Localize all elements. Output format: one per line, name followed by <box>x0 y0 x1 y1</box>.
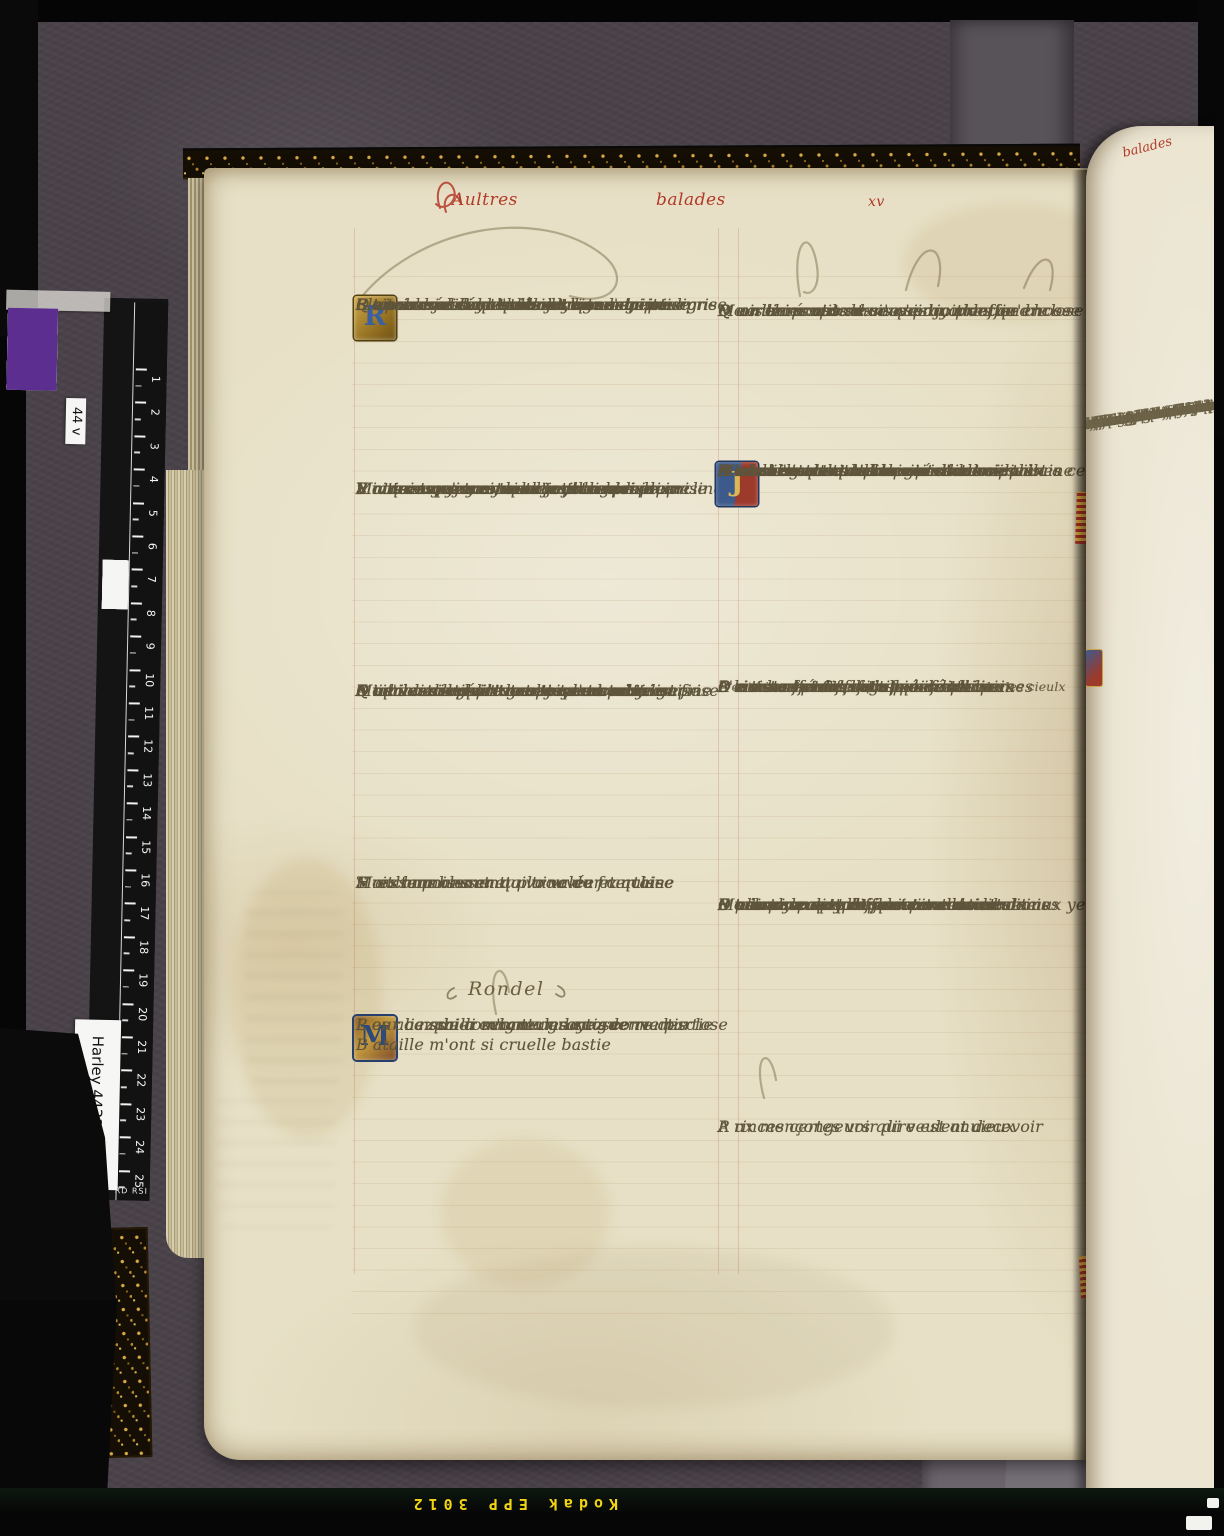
color-patch <box>6 308 58 391</box>
ruler-tick <box>132 535 143 537</box>
ruler-half-tick <box>122 1020 128 1022</box>
ruler-number: 5 <box>146 503 159 523</box>
next-folio-line: elon etc <box>1086 409 1136 438</box>
manuscript-line: Mon chier etc <box>718 300 947 322</box>
film-brand-text: Kodak EPP 3012 <box>318 1492 618 1516</box>
ruler-half-tick <box>132 552 138 554</box>
manuscript-line: On est souvent batu pour dire voir <box>718 676 1006 698</box>
ruler-mark: 24 <box>117 1136 151 1170</box>
manuscript-line: Aux mençongeurs qui veulent decevoir <box>718 1116 1043 1138</box>
ruler-tick <box>119 1170 130 1172</box>
ruler-mark: 15 <box>123 836 157 870</box>
ruler-number: 14 <box>140 803 153 823</box>
ruler-half-tick <box>127 786 133 788</box>
ruler-mark: 17 <box>122 903 156 937</box>
ruler-mark: 1 <box>133 368 167 402</box>
ruler-tick <box>121 1070 132 1072</box>
ruler-tick <box>129 702 140 704</box>
ruler-half-tick <box>126 853 132 855</box>
ruler-half-tick <box>125 886 131 888</box>
ruler-number: 15 <box>139 837 152 857</box>
ruler-number: 12 <box>141 736 154 756</box>
ruler-tick <box>124 936 135 938</box>
ruler-half-tick <box>133 519 139 521</box>
ruler-half-tick <box>135 418 141 420</box>
manuscript-page-44v: Aultres balades xv R edoubtée excellant … <box>204 168 1106 1460</box>
ruler-mark: 16 <box>123 869 157 903</box>
ruler-half-tick <box>124 919 130 921</box>
ruler-number: 8 <box>144 603 157 623</box>
ruler-mark: 14 <box>124 802 158 836</box>
ruler-number: 6 <box>145 536 158 556</box>
ruler-mark: 10 <box>127 669 161 703</box>
next-folio-initial <box>1086 650 1102 686</box>
ruler-number: 22 <box>134 1070 147 1090</box>
manuscript-line: On est souvet <box>718 894 835 916</box>
ruler-mark: 6 <box>130 535 164 569</box>
ruler-mark: 13 <box>125 769 159 803</box>
ruler-tick <box>126 836 137 838</box>
ruler-tick <box>135 402 146 404</box>
ruler-half-tick <box>128 719 134 721</box>
ruler-half-tick <box>121 1086 127 1088</box>
ruler-number: 10 <box>143 670 156 690</box>
ruler-tick <box>134 469 145 471</box>
ruler-tick <box>131 602 142 604</box>
color-patch-row <box>6 308 108 392</box>
ruler-tick <box>128 736 139 738</box>
ruler-mark: 11 <box>126 702 160 736</box>
ruler-tick <box>120 1103 131 1105</box>
ruler-half-tick <box>129 686 135 688</box>
ruler-mark: 9 <box>128 635 162 669</box>
film-strip-bottom: Kodak EPP 3012 <box>0 1488 1224 1536</box>
ruler-mark: 12 <box>125 736 159 770</box>
ruler-number: 3 <box>148 436 161 456</box>
ruler-half-tick <box>126 819 132 821</box>
next-folio-45r: balades va par tout voir on mentir le fa… <box>1086 126 1214 1518</box>
ruler-half-tick <box>128 752 134 754</box>
ruler-number: 21 <box>135 1037 148 1057</box>
ruler-number: 18 <box>137 937 150 957</box>
ruler-tick <box>123 1003 134 1005</box>
ruler-mark: 20 <box>120 1003 154 1037</box>
ruler-number: 20 <box>136 1004 149 1024</box>
ruler-mark: 2 <box>132 402 166 436</box>
ruler-mark: 25 <box>116 1170 150 1204</box>
ruler-number: 24 <box>133 1137 146 1157</box>
ruler-half-tick <box>120 1120 126 1122</box>
ruler-number: 23 <box>134 1104 147 1124</box>
ruler-tick <box>130 636 141 638</box>
ruler-tick <box>127 769 138 771</box>
ruler-number: 11 <box>142 703 155 723</box>
ruler-mark: 21 <box>119 1036 153 1070</box>
gray-step <box>102 560 129 610</box>
ruler-half-tick <box>121 1053 127 1055</box>
ruler-tick <box>127 802 138 804</box>
ruler-half-tick <box>135 385 141 387</box>
manuscript-line: Soit sans cesser <box>356 872 493 894</box>
rondel-heading: Rondel <box>468 978 544 1000</box>
ruler-tick <box>122 1036 133 1038</box>
ruler-mark: 18 <box>121 936 155 970</box>
ruler-number: 25 <box>132 1171 145 1191</box>
ruler-mark: 23 <box>118 1103 152 1137</box>
grayscale-wedge <box>103 560 129 561</box>
film-frame-mark <box>1207 1498 1219 1508</box>
next-folio-header: balades <box>1121 134 1174 161</box>
ruler-number: 19 <box>136 970 149 990</box>
ruler-number: 7 <box>145 570 158 590</box>
film-frame-mark <box>1186 1516 1212 1530</box>
film-edge-left <box>0 0 38 336</box>
show-through-ghost <box>246 892 342 1082</box>
folio-number-label: 44 v <box>65 398 86 444</box>
ruler-number: 17 <box>138 903 151 923</box>
ruler-number: 13 <box>141 770 154 790</box>
ruler-mark: 4 <box>131 469 165 503</box>
ruler-tick <box>136 368 147 370</box>
column-rule <box>354 228 355 1274</box>
ruler-number: 2 <box>148 403 161 423</box>
next-folio-text: va par tout voir on mentir le fauest sou… <box>1086 384 1214 418</box>
ruler-mark: 22 <box>118 1070 152 1104</box>
ruler-tick <box>125 903 136 905</box>
ruler-mark: 8 <box>128 602 162 636</box>
text-column-1: R edoubtée excellant tres sage et digneE… <box>356 168 744 1460</box>
ruler-half-tick <box>131 619 137 621</box>
ruler-half-tick <box>124 953 130 955</box>
manuscript-line: Soit sans cesser toute joye mondaine <box>356 478 666 500</box>
ruler-half-tick <box>119 1153 125 1155</box>
ruler-tick <box>132 569 143 571</box>
ruler-mark: 3 <box>132 435 166 469</box>
manuscript-line: Soit sans cesser toute joye mondaine <box>356 680 666 702</box>
ruler-half-tick <box>131 585 137 587</box>
ruler-tick <box>134 435 145 437</box>
ruler-mark: 7 <box>129 569 163 603</box>
ruler-number: 9 <box>143 636 156 656</box>
ruler-half-tick <box>123 986 129 988</box>
ruler-tick <box>125 869 136 871</box>
manuscript-line: Soit sans cesser toute joye mondaine <box>356 294 666 316</box>
ruler-tick <box>130 669 141 671</box>
ruler-number: 1 <box>149 369 162 389</box>
ruler-tick <box>123 969 134 971</box>
ruler-half-tick <box>130 652 136 654</box>
ruler-tick <box>120 1136 131 1138</box>
show-through-ghost <box>216 1098 336 1228</box>
manuscript-line: Pour ce que a eulx ne me suis convertie <box>356 1014 688 1036</box>
manuscript-line: Bataille m'ont si cruelle bastie <box>356 1034 611 1056</box>
page-stack-edge-left <box>166 470 208 1258</box>
ruler-mark: 19 <box>121 969 155 1003</box>
ruler-half-tick <box>119 1186 125 1188</box>
manuscript-line: On est souvent batu pour dire voir <box>718 460 1006 482</box>
ruler-tick <box>133 502 144 504</box>
ruler-number: 16 <box>138 870 151 890</box>
text-column-2: Que bien cuident m'avoir ja pres qu'encl… <box>718 168 1106 1460</box>
film-edge-top <box>0 0 1224 22</box>
ruler-half-tick <box>134 452 140 454</box>
ruler-half-tick <box>133 485 139 487</box>
ruler-mark: 5 <box>130 502 164 536</box>
ruler-number: 4 <box>147 469 160 489</box>
manuscript-photograph: Aultres balades xv R edoubtée excellant … <box>0 0 1224 1536</box>
